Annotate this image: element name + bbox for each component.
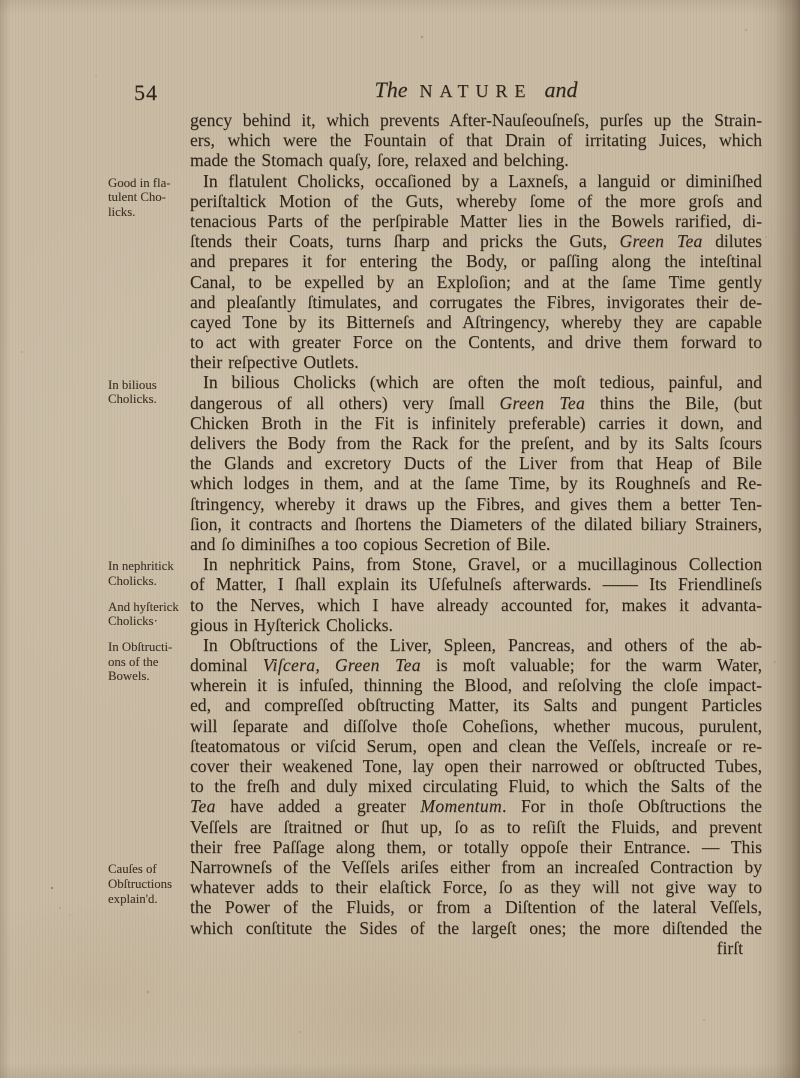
text-line: dominal Viſcera, Green Tea is moſt valua… [190, 655, 762, 675]
margin-note: Good in fla-tulent Cho-licks. [108, 176, 200, 220]
text-line: which lodges in them, and at the ſame Ti… [190, 473, 762, 493]
text-line: tenacious Parts of the perſpirable Matte… [190, 211, 762, 231]
margin-note-line: Cholicks· [108, 614, 200, 629]
text-line: gious in Hyſterick Cholicks. [190, 615, 762, 635]
text-line: and prepares it for entering the Body, o… [190, 251, 762, 271]
margin-note: In Obſtructi-ons of theBowels. [108, 640, 200, 684]
text-line: ed, and compreſſed obſtructing Matter, i… [190, 695, 762, 715]
text-line: In bilious Cholicks (which are often the… [190, 372, 762, 392]
margin-note-line: Obſtructions [108, 877, 200, 892]
text-line: to the Nerves, which I have already acco… [190, 595, 762, 615]
margin-note-line: Bowels. [108, 669, 200, 684]
header-title: NATURE [420, 81, 533, 101]
margin-note-line: And hyſterick [108, 600, 200, 615]
margin-note-line: licks. [108, 205, 200, 220]
text-line: of Matter, I ſhall explain its Uſefulneſ… [190, 574, 762, 594]
text-line: to act with greater Force on the Content… [190, 332, 762, 352]
margin-note: In nephritickCholicks. [108, 559, 200, 588]
page-number: 54 [134, 80, 158, 106]
margin-note: In biliousCholicks. [108, 378, 200, 407]
margin-note-line: In nephritick [108, 559, 200, 574]
text-line: which conſtitute the Sides of the largeſ… [190, 918, 762, 938]
margin-note-line: tulent Cho- [108, 190, 200, 205]
text-line: Veſſels are ſtraitned or ſhut up, ſo as … [190, 817, 762, 837]
margin-note-line: In bilious [108, 378, 200, 393]
margin-note-line: In Obſtructi- [108, 640, 200, 655]
running-header: The NATURE and [190, 77, 762, 103]
margin-note: Cauſes ofObſtructionsexplain'd. [108, 862, 200, 906]
text-line: In Obſtructions of the Liver, Spleen, Pa… [190, 635, 762, 655]
text-line: Narrowneſs of the Veſſels ariſes either … [190, 857, 762, 877]
text-line: In nephritick Pains, from Stone, Gravel,… [190, 554, 762, 574]
text-line: and ſo diminiſhes a too copious Secretio… [190, 534, 762, 554]
margin-note: And hyſterickCholicks· [108, 600, 200, 629]
text-line: Chicken Broth in the Fit is infinitely p… [190, 413, 762, 433]
text-line: ers, which were the Fountain of that Dra… [190, 130, 762, 150]
text-line: wherein it is infuſed, thinning the Bloo… [190, 675, 762, 695]
text-line: Tea have added a greater Momentum. For i… [190, 796, 762, 816]
text-line: will ſeparate and diſſolve thoſe Coheſio… [190, 716, 762, 736]
margin-note-line: Cauſes of [108, 862, 200, 877]
text-line: dangerous of all others) very ſmall Gree… [190, 393, 762, 413]
text-line: ſtringency, whereby it draws up the Fibr… [190, 494, 762, 514]
text-line: the Power of the Fluids, or from a Diſte… [190, 897, 762, 917]
text-line: delivers the Body from the Rack for the … [190, 433, 762, 453]
text-line: ſteatomatous or viſcid Serum, open and c… [190, 736, 762, 756]
text-line: ſtends their Coats, turns ſharp and pric… [190, 231, 762, 251]
text-line: whatever adds to their elaſtick Force, ſ… [190, 877, 762, 897]
text-line: In flatulent Cholicks, occaſioned by a L… [190, 171, 762, 191]
text-line: their reſpective Outlets. [190, 352, 762, 372]
header-word-and: and [545, 77, 578, 102]
catchword: firſt [717, 938, 743, 959]
margin-note-line: ons of the [108, 655, 200, 670]
text-line: ſion, it contracts and ſhortens the Diam… [190, 514, 762, 534]
margin-note-line: Cholicks. [108, 574, 200, 589]
body-text: gency behind it, which prevents After-Na… [190, 110, 762, 938]
text-line: gency behind it, which prevents After-Na… [190, 110, 762, 130]
margin-note-line: explain'd. [108, 892, 200, 907]
text-line: cover their weakened Tone, lay open thei… [190, 756, 762, 776]
text-line: made the Stomach quaſy, ſore, relaxed an… [190, 150, 762, 170]
text-line: Canal, to be expelled by an Exploſion; a… [190, 272, 762, 292]
text-line: and pleaſantly ſtimulates, and corrugate… [190, 292, 762, 312]
text-line: their free Paſſage along them, or totall… [190, 837, 762, 857]
text-line: periſtaltick Motion of the Guts, whereby… [190, 191, 762, 211]
header-word-the: The [375, 77, 408, 102]
text-line: the Glands and excretory Ducts of the Li… [190, 453, 762, 473]
text-line: cayed Tone by its Bitterneſs and Aſtring… [190, 312, 762, 332]
margin-note-line: Cholicks. [108, 392, 200, 407]
text-line: to the freſh and duly mixed circulating … [190, 776, 762, 796]
book-page: 54 The NATURE and Good in fla-tulent Cho… [0, 0, 800, 1078]
margin-note-line: Good in fla- [108, 176, 200, 191]
